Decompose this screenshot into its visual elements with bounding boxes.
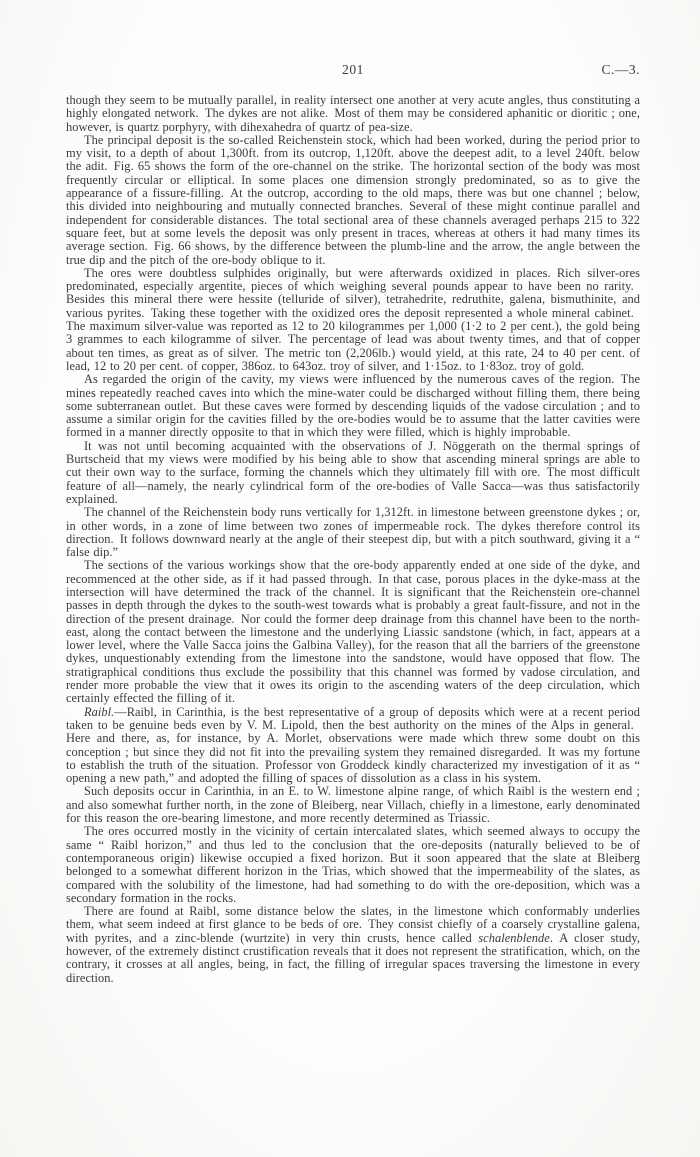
paragraph: The channel of the Reichenstein body run… — [66, 506, 640, 559]
text-segment: It was not until becoming acquainted wit… — [66, 439, 640, 506]
page-header: 201 C.—3. — [66, 62, 640, 79]
page-body: though they seem to be mutually parallel… — [66, 94, 640, 985]
paragraph: The sections of the various workings sho… — [66, 559, 640, 705]
text-segment: The channel of the Reichenstein body run… — [66, 505, 640, 559]
page-number: 201 — [342, 62, 364, 78]
text-segment: The sections of the various workings sho… — [66, 558, 640, 705]
paragraph: The ores were doubtless sulphides origin… — [66, 267, 640, 373]
paragraph: There are found at Raibl, some distance … — [66, 905, 640, 985]
scanned-page: 201 C.—3. though they seem to be mutuall… — [0, 0, 700, 1157]
text-segment: Such deposits occur in Carinthia, in an … — [66, 784, 640, 825]
paragraph: The ores occurred mostly in the vicinity… — [66, 825, 640, 905]
paragraph: Raibl.—Raibl, in Carinthia, is the best … — [66, 706, 640, 786]
paragraph: The principal deposit is the so-called R… — [66, 134, 640, 267]
text-segment: schalenblende — [478, 931, 550, 945]
paragraph: As regarded the origin of the cavity, my… — [66, 373, 640, 439]
text-segment: Raibl. — [84, 705, 114, 719]
text-segment: The ores occurred mostly in the vicinity… — [66, 824, 640, 904]
paragraph: It was not until becoming acquainted wit… — [66, 440, 640, 506]
text-segment: —Raibl, in Carinthia, is the best repres… — [66, 705, 640, 785]
paragraph: Such deposits occur in Carinthia, in an … — [66, 785, 640, 825]
document-reference: C.—3. — [601, 62, 640, 78]
text-segment: though they seem to be mutually parallel… — [66, 93, 640, 134]
text-segment: The ores were doubtless sulphides origin… — [66, 266, 640, 373]
text-segment: As regarded the origin of the cavity, my… — [66, 372, 640, 439]
text-segment: The principal deposit is the so-called R… — [66, 133, 640, 267]
paragraph: though they seem to be mutually parallel… — [66, 94, 640, 134]
